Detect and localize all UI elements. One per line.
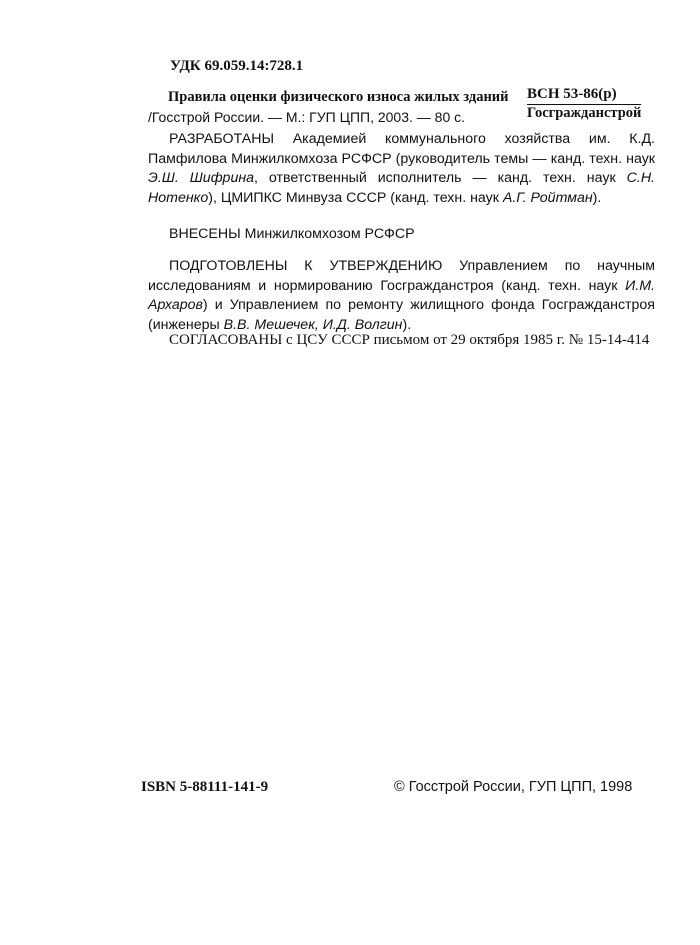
person-name: Э.Ш. Шифрина bbox=[148, 170, 254, 186]
document-title: Правила оценки физического износа жилых … bbox=[168, 89, 509, 106]
agreed-paragraph: СОГЛАСОВАНЫ с ЦСУ СССР письмом от 29 окт… bbox=[148, 331, 655, 351]
person-name: А.Г. Ройтман bbox=[503, 190, 593, 206]
text: Минжилкомхозом РСФСР bbox=[241, 226, 415, 242]
prepared-label: ПОДГОТОВЛЕНЫ К УТВЕРЖДЕНИЮ bbox=[169, 258, 442, 274]
text: ), ЦМИПКС Минвуза СССР (канд. техн. наук bbox=[208, 190, 503, 206]
udk-code: УДК 69.059.14:728.1 bbox=[170, 58, 303, 75]
text: ). bbox=[593, 190, 602, 206]
isbn: ISBN 5-88111-141-9 bbox=[141, 779, 268, 796]
introduced-label: ВНЕСЕНЫ bbox=[169, 226, 241, 242]
document-code: ВСН 53-86(р) bbox=[527, 86, 641, 105]
code-block: ВСН 53-86(р) Госгражданстрой bbox=[527, 86, 641, 122]
prepared-paragraph: ПОДГОТОВЛЕНЫ К УТВЕРЖДЕНИЮ Управлением п… bbox=[148, 257, 655, 335]
publisher-line: /Госстрой России. — М.: ГУП ЦПП, 2003. —… bbox=[148, 109, 465, 125]
text: , ответственный исполнитель — канд. техн… bbox=[254, 170, 627, 186]
introduced-paragraph: ВНЕСЕНЫ Минжилкомхозом РСФСР bbox=[148, 225, 655, 245]
developed-paragraph: РАЗРАБОТАНЫ Академией коммунального хозя… bbox=[148, 130, 655, 208]
issuer: Госгражданстрой bbox=[527, 105, 641, 122]
agreed-label: СОГЛАСОВАНЫ bbox=[169, 332, 282, 348]
developed-label: РАЗРАБОТАНЫ bbox=[169, 131, 274, 147]
text: с ЦСУ СССР письмом от 29 октября 1985 г.… bbox=[282, 332, 649, 348]
copyright: © Госстрой России, ГУП ЦПП, 1998 bbox=[394, 779, 632, 795]
